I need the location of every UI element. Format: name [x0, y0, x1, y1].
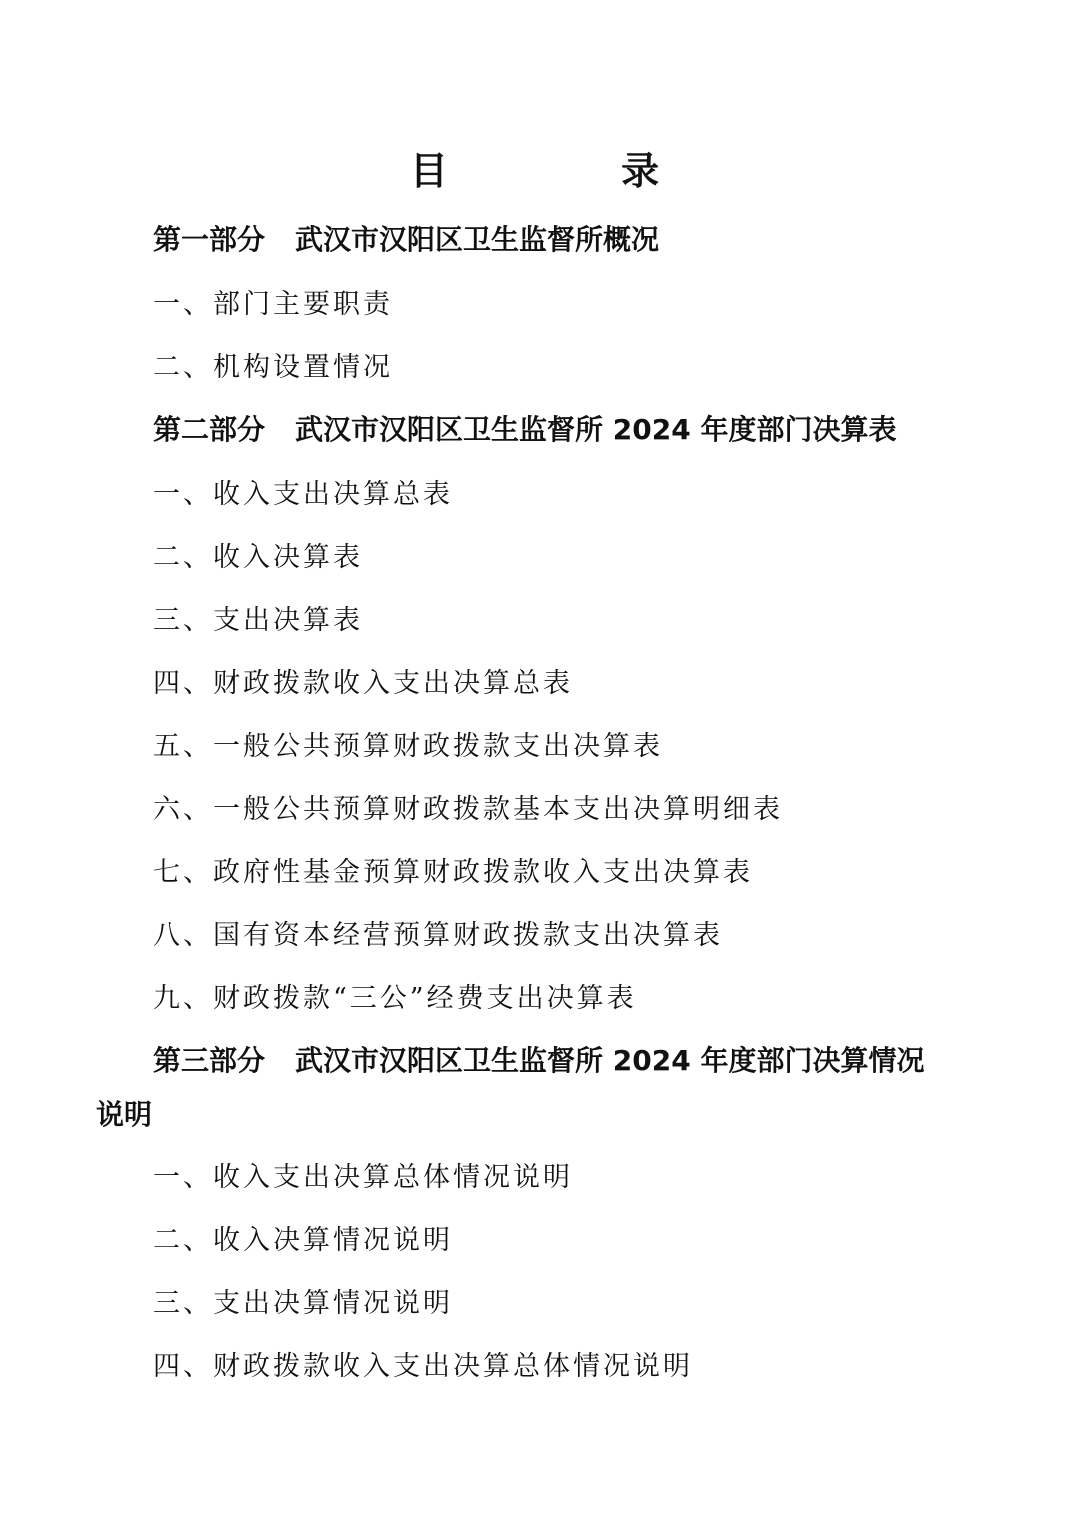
- toc-item[interactable]: 四、财政拨款收入支出决算总表: [153, 661, 573, 700]
- toc-part-1[interactable]: 第一部分武汉市汉阳区卫生监督所概况: [153, 218, 659, 258]
- part-name: 武汉市汉阳区卫生监督所 2024 年度部门决算情况: [295, 1044, 924, 1077]
- toc-item[interactable]: 一、收入支出决算总表: [153, 472, 453, 511]
- toc-item[interactable]: 三、支出决算表: [153, 598, 363, 637]
- toc-item[interactable]: 一、部门主要职责: [153, 282, 393, 321]
- toc-item[interactable]: 二、机构设置情况: [153, 345, 393, 384]
- part-name: 武汉市汉阳区卫生监督所概况: [295, 223, 659, 256]
- toc-item[interactable]: 七、政府性基金预算财政拨款收入支出决算表: [153, 850, 753, 889]
- toc-item[interactable]: 二、收入决算表: [153, 535, 363, 574]
- part-label: 第三部分: [153, 1044, 265, 1077]
- part-label: 第一部分: [153, 223, 265, 256]
- toc-item[interactable]: 九、财政拨款“三公”经费支出决算表: [153, 976, 637, 1015]
- toc-part-3-continued[interactable]: 说明: [96, 1093, 152, 1133]
- toc-item[interactable]: 五、一般公共预算财政拨款支出决算表: [153, 724, 663, 763]
- part-name: 武汉市汉阳区卫生监督所 2024 年度部门决算表: [295, 413, 896, 446]
- page-title: 目 录: [0, 140, 1069, 195]
- toc-item[interactable]: 三、支出决算情况说明: [153, 1281, 453, 1320]
- toc-item[interactable]: 八、国有资本经营预算财政拨款支出决算表: [153, 913, 723, 952]
- part-label: 第二部分: [153, 413, 265, 446]
- toc-part-2[interactable]: 第二部分武汉市汉阳区卫生监督所 2024 年度部门决算表: [153, 408, 896, 448]
- toc-item[interactable]: 四、财政拨款收入支出决算总体情况说明: [153, 1344, 693, 1383]
- toc-item[interactable]: 六、一般公共预算财政拨款基本支出决算明细表: [153, 787, 783, 826]
- toc-part-3[interactable]: 第三部分武汉市汉阳区卫生监督所 2024 年度部门决算情况: [153, 1039, 924, 1079]
- toc-item[interactable]: 一、收入支出决算总体情况说明: [153, 1155, 573, 1194]
- toc-item[interactable]: 二、收入决算情况说明: [153, 1218, 453, 1257]
